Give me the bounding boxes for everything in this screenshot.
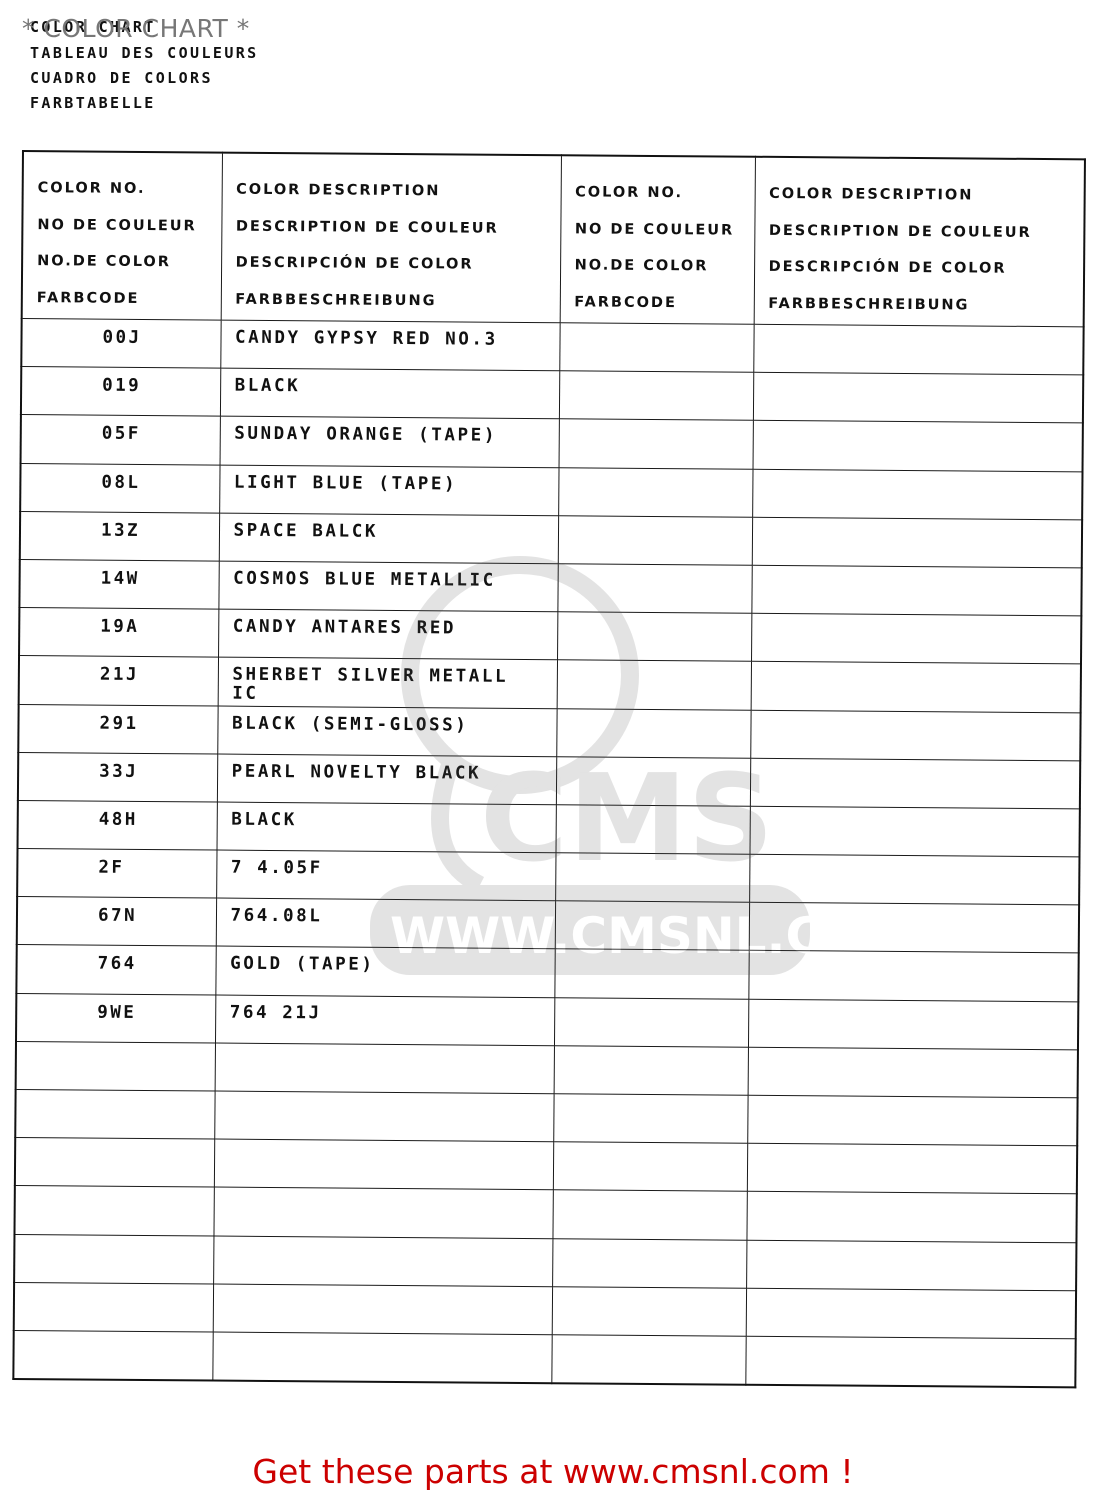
header-line: COLOR NO. xyxy=(575,174,754,212)
color-description-cell-right xyxy=(751,662,1081,713)
color-description-cell-right xyxy=(749,806,1079,857)
color-code-cell xyxy=(14,1282,213,1332)
color-description-cell-right xyxy=(749,902,1079,953)
color-description xyxy=(213,1332,551,1343)
color-code-cell: 33J xyxy=(18,752,217,802)
color-description-cell xyxy=(213,1284,552,1335)
color-description-cell: BLACK xyxy=(217,802,556,853)
color-code-cell xyxy=(14,1234,213,1284)
color-code-cell-right xyxy=(557,660,751,710)
color-description-cell-right xyxy=(752,469,1082,520)
color-code-cell-right xyxy=(557,612,751,662)
color-description: SHERBET SILVER METALL IC xyxy=(218,658,556,707)
color-description xyxy=(215,1043,553,1054)
heading-de: FARBTABELLE xyxy=(30,94,156,112)
header-line: NO.DE COLOR xyxy=(37,243,221,281)
color-code: 67N xyxy=(18,897,216,927)
color-code-cell: 00J xyxy=(21,319,220,369)
color-code-cell: 67N xyxy=(17,897,216,947)
color-description-cell: SPACE BALCK xyxy=(219,513,558,564)
color-description xyxy=(214,1284,552,1295)
color-code-cell-right xyxy=(557,564,751,614)
table-row xyxy=(14,1186,1076,1243)
color-description-cell: LIGHT BLUE (TAPE) xyxy=(219,465,558,516)
color-code-cell-right xyxy=(556,756,750,806)
color-code xyxy=(16,1186,214,1196)
color-code-cell: 21J xyxy=(19,656,218,706)
header-line: DESCRIPCIÓN DE COLOR xyxy=(768,249,1083,288)
header-line: COLOR DESCRIPTION xyxy=(769,176,1084,215)
table-row xyxy=(15,1089,1077,1146)
header-line: DESCRIPTION DE COULEUR xyxy=(769,212,1084,251)
table-row: 291BLACK (SEMI-GLOSS) xyxy=(18,704,1080,761)
color-code-cell: 9WE xyxy=(16,993,215,1043)
color-code-cell-right xyxy=(552,1190,746,1240)
color-code-cell: 05F xyxy=(21,415,220,465)
color-code: 08L xyxy=(21,464,219,494)
table-row: 21JSHERBET SILVER METALL IC xyxy=(19,656,1081,713)
color-code-cell-right xyxy=(558,467,752,517)
color-code-cell: 19A xyxy=(19,608,218,658)
color-code-cell xyxy=(15,1138,214,1188)
color-description: SUNDAY ORANGE (TAPE) xyxy=(220,417,558,447)
color-description: CANDY ANTARES RED xyxy=(219,610,557,640)
color-description: BLACK xyxy=(217,802,555,832)
color-code-cell-right xyxy=(559,371,753,421)
color-code-cell-right xyxy=(553,1094,747,1144)
color-code-cell: 13Z xyxy=(20,511,219,561)
header-line: FARBBESCHREIBUNG xyxy=(235,281,559,320)
color-code-cell xyxy=(13,1330,212,1380)
footer-promo-link[interactable]: Get these parts at www.cmsnl.com ! xyxy=(0,1452,1106,1491)
color-code-cell-right xyxy=(554,997,748,1047)
color-description-cell-right xyxy=(746,1192,1076,1243)
table-row xyxy=(13,1330,1075,1387)
color-description-cell-right xyxy=(746,1240,1076,1291)
color-description-cell-right xyxy=(751,613,1081,664)
color-description-cell-right xyxy=(750,710,1080,761)
color-code: 019 xyxy=(22,367,220,397)
color-description: 764 21J xyxy=(216,995,554,1025)
table-row: 05FSUNDAY ORANGE (TAPE) xyxy=(21,415,1083,472)
color-description-cell-right xyxy=(746,1288,1076,1339)
table-row xyxy=(14,1282,1076,1339)
color-description-cell xyxy=(215,1043,554,1094)
header-line: COLOR NO. xyxy=(38,170,222,208)
header-line: NO DE COULEUR xyxy=(37,207,221,245)
color-description-cell xyxy=(212,1332,551,1383)
header-line: NO DE COULEUR xyxy=(575,211,754,249)
color-description: PEARL NOVELTY BLACK xyxy=(218,754,556,784)
color-description: LIGHT BLUE (TAPE) xyxy=(220,465,558,495)
color-description-cell-right xyxy=(745,1336,1075,1387)
color-code: 05F xyxy=(22,415,220,445)
color-description-cell: COSMOS BLUE METALLIC xyxy=(218,561,557,612)
color-description-cell-right xyxy=(747,1143,1077,1194)
color-description: SPACE BALCK xyxy=(219,513,557,543)
table-row: 019BLACK xyxy=(21,367,1083,424)
color-code-cell-right xyxy=(552,1238,746,1288)
table-row: 67N764.08L xyxy=(17,897,1079,954)
color-code: 13Z xyxy=(21,512,219,542)
color-code-cell xyxy=(16,1041,215,1091)
header-row: COLOR NO.NO DE COULEURNO.DE COLORFARBCOD… xyxy=(22,151,1085,327)
color-code-cell: 2F xyxy=(17,849,216,899)
color-code: 19A xyxy=(20,608,218,638)
color-code: 33J xyxy=(19,753,217,783)
color-code-cell-right xyxy=(554,949,748,999)
header-line: FARBBESCHREIBUNG xyxy=(768,285,1083,324)
color-code-cell-right xyxy=(559,323,753,373)
color-description-cell-right xyxy=(747,1095,1077,1146)
color-code-cell-right xyxy=(554,1046,748,1096)
color-description-cell: 764.08L xyxy=(216,898,555,949)
color-description-cell: CANDY GYPSY RED NO.3 xyxy=(220,320,559,371)
color-code-cell-right xyxy=(551,1335,745,1385)
color-code-cell xyxy=(14,1186,213,1236)
color-chart-table: COLOR NO.NO DE COULEURNO.DE COLORFARBCOD… xyxy=(12,150,1086,1388)
color-description: GOLD (TAPE) xyxy=(216,947,554,977)
color-description-cell-right xyxy=(748,951,1078,1002)
header-color-no-right: COLOR NO.NO DE COULEURNO.DE COLORFARBCOD… xyxy=(560,155,755,324)
color-description-cell: CANDY ANTARES RED xyxy=(218,609,557,660)
header-color-desc-right: COLOR DESCRIPTIONDESCRIPTION DE COULEURD… xyxy=(754,157,1085,327)
color-code-cell-right xyxy=(555,805,749,855)
table-row: 2F7 4.05F xyxy=(17,849,1079,906)
color-code xyxy=(17,1090,215,1100)
table-row: 08LLIGHT BLUE (TAPE) xyxy=(20,463,1082,520)
table-row: 33JPEARL NOVELTY BLACK xyxy=(18,752,1080,809)
color-code: 9WE xyxy=(17,994,215,1024)
color-description-cell-right xyxy=(753,324,1083,375)
color-description-cell: BLACK xyxy=(220,368,559,419)
color-code: 764 xyxy=(18,945,216,975)
header-line: FARBCODE xyxy=(37,280,221,318)
color-description-cell-right xyxy=(748,999,1078,1050)
color-description xyxy=(214,1236,552,1247)
color-code-cell-right xyxy=(556,708,750,758)
table-row xyxy=(15,1138,1077,1195)
color-description-cell-right xyxy=(748,1047,1078,1098)
color-code: 14W xyxy=(21,560,219,590)
color-description xyxy=(215,1140,553,1151)
color-description: BLACK (SEMI-GLOSS) xyxy=(218,706,556,736)
color-description xyxy=(215,1092,553,1103)
color-code-cell-right xyxy=(553,1142,747,1192)
color-code-cell: 14W xyxy=(19,559,218,609)
color-description: COSMOS BLUE METALLIC xyxy=(219,561,557,591)
color-description-cell: PEARL NOVELTY BLACK xyxy=(217,754,556,805)
color-description-cell xyxy=(214,1139,553,1190)
color-code-cell: 291 xyxy=(18,704,217,754)
color-description-cell: SUNDAY ORANGE (TAPE) xyxy=(220,416,559,467)
table-row xyxy=(14,1234,1076,1291)
header-line: COLOR DESCRIPTION xyxy=(236,172,560,211)
color-description-cell-right xyxy=(752,517,1082,568)
header-color-desc-left: COLOR DESCRIPTIONDESCRIPTION DE COULEURD… xyxy=(221,153,561,323)
table-row: 19ACANDY ANTARES RED xyxy=(19,608,1081,665)
color-chart-sheet: COLOR NO.NO DE COULEURNO.DE COLORFARBCOD… xyxy=(12,150,1086,1428)
color-code-cell-right xyxy=(552,1286,746,1336)
table-row: 14WCOSMOS BLUE METALLIC xyxy=(19,559,1081,616)
color-code: 21J xyxy=(20,656,218,686)
color-description-cell: SHERBET SILVER METALL IC xyxy=(218,657,557,708)
color-code xyxy=(15,1235,213,1245)
color-code-cell-right xyxy=(559,419,753,469)
table-body: 00JCANDY GYPSY RED NO.3019BLACK05FSUNDAY… xyxy=(13,319,1083,1387)
color-description-cell: GOLD (TAPE) xyxy=(215,946,554,997)
color-description-cell xyxy=(213,1236,552,1287)
color-code: 2F xyxy=(18,849,216,879)
color-code xyxy=(15,1283,213,1293)
table-row: 00JCANDY GYPSY RED NO.3 xyxy=(21,319,1083,376)
color-code-cell: 764 xyxy=(16,945,215,995)
color-description: 764.08L xyxy=(216,899,554,929)
color-code-cell-right xyxy=(558,515,752,565)
color-description-cell-right xyxy=(753,421,1083,472)
color-description-cell-right xyxy=(751,565,1081,616)
color-code: 291 xyxy=(19,704,217,734)
color-description: CANDY GYPSY RED NO.3 xyxy=(221,321,559,351)
color-code xyxy=(15,1331,213,1341)
table-row: 9WE764 21J xyxy=(16,993,1078,1050)
color-code: 00J xyxy=(22,319,220,349)
color-code-cell-right xyxy=(555,901,749,951)
color-code xyxy=(17,1042,215,1052)
color-code-cell: 48H xyxy=(18,800,217,850)
color-code: 48H xyxy=(19,801,217,831)
header-color-no-left: COLOR NO.NO DE COULEURNO.DE COLORFARBCOD… xyxy=(22,151,222,320)
color-description: 7 4.05F xyxy=(217,851,555,881)
overlay-title: * COLOR CHART * xyxy=(22,14,250,43)
heading-es: CUADRO DE COLORS xyxy=(30,69,213,87)
color-code-cell-right xyxy=(555,853,749,903)
color-description-cell-right xyxy=(750,758,1080,809)
color-description xyxy=(214,1188,552,1199)
table-row xyxy=(16,1041,1078,1098)
table-row: 13ZSPACE BALCK xyxy=(20,511,1082,568)
color-description-cell xyxy=(214,1091,553,1142)
color-description-cell: 764 21J xyxy=(215,995,554,1046)
color-description-cell xyxy=(213,1187,552,1238)
color-description: BLACK xyxy=(221,369,559,399)
color-code-cell: 08L xyxy=(20,463,219,513)
header-line: FARBCODE xyxy=(574,284,753,322)
heading-fr: TABLEAU DES COULEURS xyxy=(30,44,259,62)
color-code-cell: 019 xyxy=(21,367,220,417)
color-description-cell-right xyxy=(753,372,1083,423)
color-code-cell xyxy=(15,1089,214,1139)
color-description-cell: 7 4.05F xyxy=(216,850,555,901)
table-row: 764GOLD (TAPE) xyxy=(16,945,1078,1002)
header-line: DESCRIPTION DE COULEUR xyxy=(236,208,560,247)
color-code xyxy=(16,1138,214,1148)
color-description-cell: BLACK (SEMI-GLOSS) xyxy=(217,706,556,757)
header-line: NO.DE COLOR xyxy=(574,247,753,285)
table-row: 48HBLACK xyxy=(18,800,1080,857)
header-line: DESCRIPCIÓN DE COLOR xyxy=(235,245,559,284)
color-description-cell-right xyxy=(749,854,1079,905)
